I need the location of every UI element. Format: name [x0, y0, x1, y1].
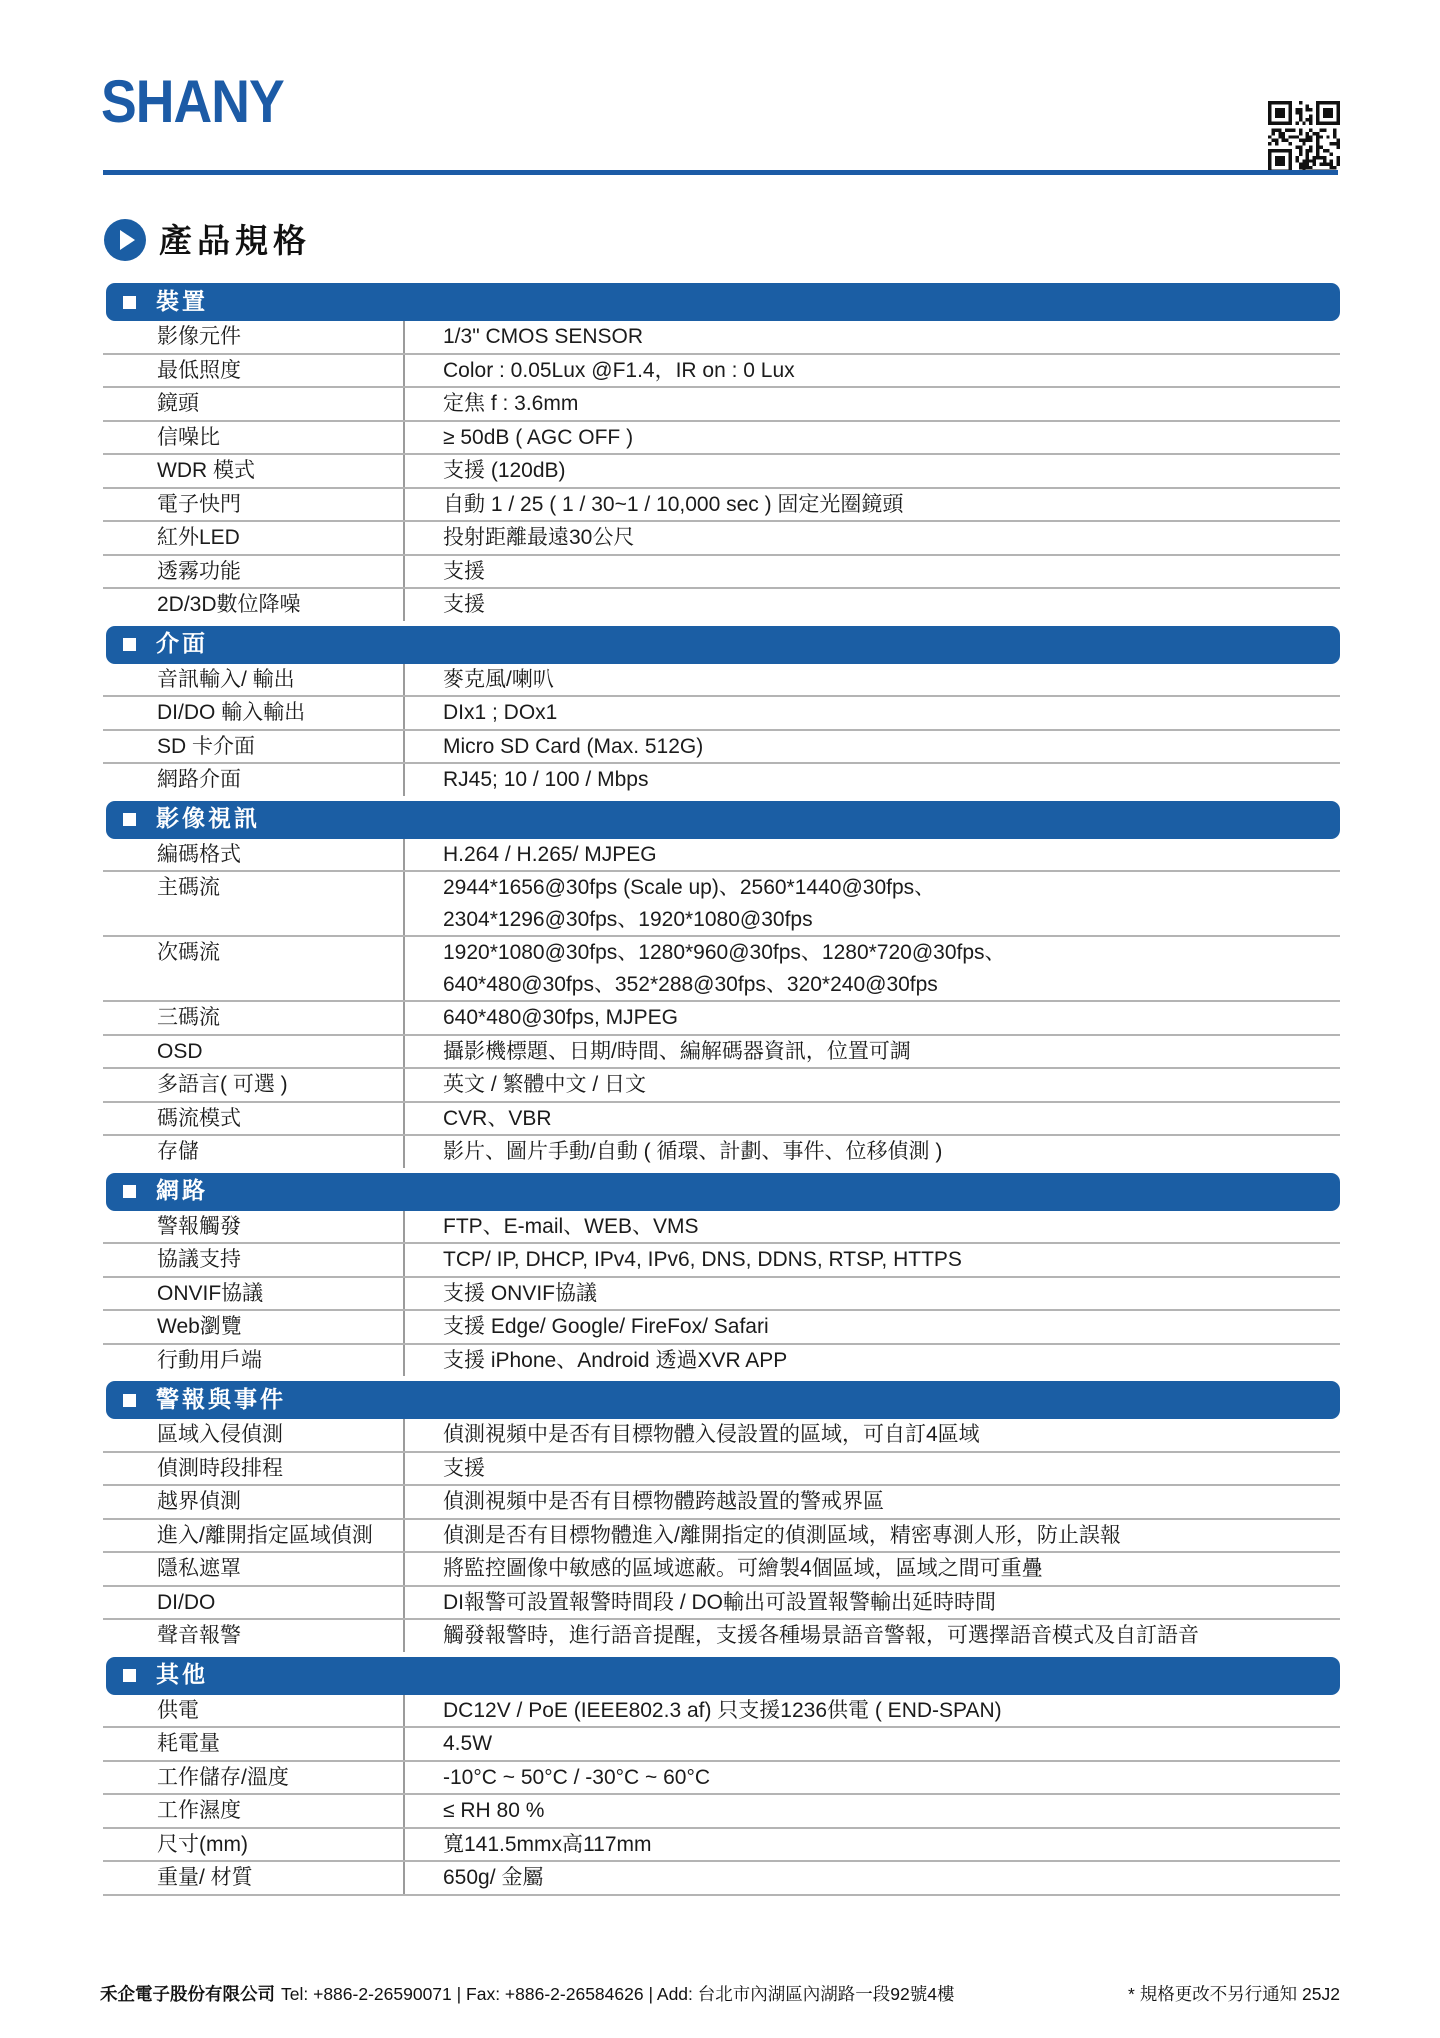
spec-label: 碼流模式: [103, 1103, 403, 1135]
spec-label: 工作濕度: [103, 1795, 403, 1827]
spec-value: 支援: [403, 1453, 1340, 1485]
spec-row: SD 卡介面Micro SD Card (Max. 512G): [103, 731, 1340, 765]
section-bullet-icon: [123, 1185, 136, 1198]
section-bullet-icon: [123, 296, 136, 309]
spec-value: Micro SD Card (Max. 512G): [403, 731, 1340, 763]
spec-row: 紅外LED投射距離最遠30公尺: [103, 522, 1340, 556]
spec-section: 影像視訊編碼格式H.264 / H.265/ MJPEG主碼流2944*1656…: [103, 801, 1340, 1168]
section-header-bar: 警報與事件: [106, 1381, 1340, 1419]
spec-section: 介面音訊輸入/ 輸出麥克風/喇叭DI/DO 輸入輸出DIx1 ; DOx1SD …: [103, 626, 1340, 796]
spec-value: 1/3" CMOS SENSOR: [403, 321, 1340, 353]
spec-value: 偵測視頻中是否有目標物體入侵設置的區域，可自訂4區域: [403, 1419, 1340, 1451]
spec-row: 尺寸(mm)寬141.5mmx高117mm: [103, 1829, 1340, 1863]
spec-value: ≥ 50dB ( AGC OFF ): [403, 422, 1340, 454]
spec-label: 2D/3D數位降噪: [103, 589, 403, 621]
spec-value: CVR、VBR: [403, 1103, 1340, 1135]
section-bullet-icon: [123, 1669, 136, 1682]
spec-value: 支援: [403, 589, 1340, 621]
spec-row: 重量/ 材質650g/ 金屬: [103, 1862, 1340, 1896]
spec-value: 支援: [403, 556, 1340, 588]
spec-label: 進入/離開指定區域偵測: [103, 1520, 403, 1552]
spec-value: 640*480@30fps, MJPEG: [403, 1002, 1340, 1034]
spec-row: DI/DO 輸入輸出DIx1 ; DOx1: [103, 697, 1340, 731]
spec-label: 次碼流: [103, 937, 403, 1000]
spec-value: DIx1 ; DOx1: [403, 697, 1340, 729]
spec-row: 電子快門自動 1 / 25 ( 1 / 30~1 / 10,000 sec ) …: [103, 489, 1340, 523]
spec-row: 網路介面RJ45; 10 / 100 / Mbps: [103, 764, 1340, 796]
spec-row: 區域入侵偵測偵測視頻中是否有目標物體入侵設置的區域，可自訂4區域: [103, 1419, 1340, 1453]
section-title: 警報與事件: [156, 1388, 286, 1413]
section-header-bar: 影像視訊: [106, 801, 1340, 839]
spec-label: ONVIF協議: [103, 1278, 403, 1310]
spec-label: 編碼格式: [103, 839, 403, 871]
spec-row: WDR 模式支援 (120dB): [103, 455, 1340, 489]
section-title: 網路: [156, 1179, 208, 1204]
section-title: 影像視訊: [156, 807, 260, 832]
spec-label: 音訊輸入/ 輸出: [103, 664, 403, 696]
spec-value: H.264 / H.265/ MJPEG: [403, 839, 1340, 871]
spec-value: 650g/ 金屬: [403, 1862, 1340, 1894]
spec-value: 偵測是否有目標物體進入/離開指定的偵測區域，精密專測人形，防止誤報: [403, 1520, 1340, 1552]
spec-label: 存儲: [103, 1136, 403, 1168]
spec-value: 支援 (120dB): [403, 455, 1340, 487]
spec-row: OSD攝影機標題、日期/時間、編解碼器資訊，位置可調: [103, 1036, 1340, 1070]
spec-value: DC12V / PoE (IEEE802.3 af) 只支援1236供電 ( E…: [403, 1695, 1340, 1727]
spec-label: 偵測時段排程: [103, 1453, 403, 1485]
footer-contact: Tel: +886-2-26590071 | Fax: +886-2-26584…: [281, 1981, 954, 2006]
spec-value: 將監控圖像中敏感的區域遮蔽。可繪製4個區域，區域之間可重疊: [403, 1553, 1340, 1585]
spec-value: DI報警可設置報警時間段 / DO輸出可設置報警輸出延時時間: [403, 1587, 1340, 1619]
spec-row: 最低照度Color : 0.05Lux @F1.4，IR on : 0 Lux: [103, 355, 1340, 389]
section-header-bar: 網路: [106, 1173, 1340, 1211]
spec-label: 影像元件: [103, 321, 403, 353]
section-bullet-icon: [123, 638, 136, 651]
spec-row: 行動用戶端支援 iPhone、Android 透過XVR APP: [103, 1345, 1340, 1377]
spec-section: 網路警報觸發FTP、E-mail、WEB、VMS協議支持TCP/ IP, DHC…: [103, 1173, 1340, 1377]
spec-label: 區域入侵偵測: [103, 1419, 403, 1451]
spec-label: 聲音報警: [103, 1620, 403, 1652]
spec-label: DI/DO 輸入輸出: [103, 697, 403, 729]
spec-value: ≤ RH 80 %: [403, 1795, 1340, 1827]
spec-value: -10°C ~ 50°C / -30°C ~ 60°C: [403, 1762, 1340, 1794]
spec-value: 寬141.5mmx高117mm: [403, 1829, 1340, 1861]
spec-label: 信噪比: [103, 422, 403, 454]
spec-label: 鏡頭: [103, 388, 403, 420]
section-bullet-icon: [123, 813, 136, 826]
section-header-bar: 其他: [106, 1657, 1340, 1695]
spec-label: Web瀏覽: [103, 1311, 403, 1343]
spec-row: 次碼流1920*1080@30fps、1280*960@30fps、1280*7…: [103, 937, 1340, 1002]
company-name: 禾企電子股份有限公司: [100, 1981, 275, 2006]
spec-row: DI/DODI報警可設置報警時間段 / DO輸出可設置報警輸出延時時間: [103, 1587, 1340, 1621]
section-bullet-icon: [123, 1394, 136, 1407]
spec-label: 三碼流: [103, 1002, 403, 1034]
section-title: 介面: [156, 632, 208, 657]
spec-row: 鏡頭定焦 f : 3.6mm: [103, 388, 1340, 422]
spec-row: 存儲影片、圖片手動/自動 ( 循環、計劃、事件、位移偵測 ): [103, 1136, 1340, 1168]
spec-row: 進入/離開指定區域偵測偵測是否有目標物體進入/離開指定的偵測區域，精密專測人形，…: [103, 1520, 1340, 1554]
spec-value: 英文 / 繁體中文 / 日文: [403, 1069, 1340, 1101]
spec-label: 供電: [103, 1695, 403, 1727]
spec-label: 工作儲存/溫度: [103, 1762, 403, 1794]
spec-value: 支援 ONVIF協議: [403, 1278, 1340, 1310]
spec-value: Color : 0.05Lux @F1.4，IR on : 0 Lux: [403, 355, 1340, 387]
spec-row: 越界偵測偵測視頻中是否有目標物體跨越設置的警戒界區: [103, 1486, 1340, 1520]
spec-row: 隱私遮罩將監控圖像中敏感的區域遮蔽。可繪製4個區域，區域之間可重疊: [103, 1553, 1340, 1587]
spec-label: 最低照度: [103, 355, 403, 387]
spec-label: 尺寸(mm): [103, 1829, 403, 1861]
spec-label: SD 卡介面: [103, 731, 403, 763]
spec-label: 紅外LED: [103, 522, 403, 554]
spec-label: OSD: [103, 1036, 403, 1068]
spec-label: 越界偵測: [103, 1486, 403, 1518]
spec-row: 協議支持TCP/ IP, DHCP, IPv4, IPv6, DNS, DDNS…: [103, 1244, 1340, 1278]
page-title-row: 產品規格: [104, 217, 311, 263]
spec-row: 碼流模式CVR、VBR: [103, 1103, 1340, 1137]
spec-row: 工作儲存/溫度-10°C ~ 50°C / -30°C ~ 60°C: [103, 1762, 1340, 1796]
spec-row: Web瀏覽支援 Edge/ Google/ FireFox/ Safari: [103, 1311, 1340, 1345]
spec-value: 2944*1656@30fps (Scale up)、2560*1440@30f…: [403, 872, 1340, 935]
spec-row: 主碼流2944*1656@30fps (Scale up)、2560*1440@…: [103, 872, 1340, 937]
spec-row: 音訊輸入/ 輸出麥克風/喇叭: [103, 664, 1340, 698]
spec-sheet-page: SHANY 產品規格 裝置影像元件1/3" CMOS SENSOR最低照度Col…: [0, 0, 1440, 2038]
spec-value: 麥克風/喇叭: [403, 664, 1340, 696]
spec-row: 偵測時段排程支援: [103, 1453, 1340, 1487]
spec-row: 三碼流640*480@30fps, MJPEG: [103, 1002, 1340, 1036]
spec-row: 透霧功能支援: [103, 556, 1340, 590]
spec-section: 警報與事件區域入侵偵測偵測視頻中是否有目標物體入侵設置的區域，可自訂4區域偵測時…: [103, 1381, 1340, 1652]
spec-label: 重量/ 材質: [103, 1862, 403, 1894]
footer-note: * 規格更改不另行通知 25J2: [1128, 1981, 1340, 2006]
spec-row: ONVIF協議支援 ONVIF協議: [103, 1278, 1340, 1312]
header-divider: [103, 170, 1338, 175]
spec-label: 警報觸發: [103, 1211, 403, 1243]
spec-row: 2D/3D數位降噪支援: [103, 589, 1340, 621]
spec-row: 耗電量4.5W: [103, 1728, 1340, 1762]
spec-value: 投射距離最遠30公尺: [403, 522, 1340, 554]
spec-label: 電子快門: [103, 489, 403, 521]
spec-label: 主碼流: [103, 872, 403, 935]
qr-code: [1268, 101, 1340, 173]
section-header-bar: 介面: [106, 626, 1340, 664]
spec-label: 網路介面: [103, 764, 403, 796]
spec-value: 4.5W: [403, 1728, 1340, 1760]
spec-value: TCP/ IP, DHCP, IPv4, IPv6, DNS, DDNS, RT…: [403, 1244, 1340, 1276]
spec-label: 行動用戶端: [103, 1345, 403, 1377]
spec-value: FTP、E-mail、WEB、VMS: [403, 1211, 1340, 1243]
section-header-bar: 裝置: [106, 283, 1340, 321]
spec-row: 供電DC12V / PoE (IEEE802.3 af) 只支援1236供電 (…: [103, 1695, 1340, 1729]
spec-value: 觸發報警時，進行語音提醒，支援各種場景語音警報，可選擇語音模式及自訂語音: [403, 1620, 1340, 1652]
section-title: 其他: [156, 1663, 208, 1688]
spec-label: 耗電量: [103, 1728, 403, 1760]
spec-value: 定焦 f : 3.6mm: [403, 388, 1340, 420]
spec-label: 協議支持: [103, 1244, 403, 1276]
section-title: 裝置: [156, 290, 208, 315]
spec-table: 裝置影像元件1/3" CMOS SENSOR最低照度Color : 0.05Lu…: [103, 283, 1340, 1901]
spec-label: WDR 模式: [103, 455, 403, 487]
footer: 禾企電子股份有限公司 Tel: +886-2-26590071 | Fax: +…: [100, 1981, 1340, 2006]
play-icon: [104, 219, 146, 261]
spec-row: 聲音報警觸發報警時，進行語音提醒，支援各種場景語音警報，可選擇語音模式及自訂語音: [103, 1620, 1340, 1652]
spec-row: 編碼格式H.264 / H.265/ MJPEG: [103, 839, 1340, 873]
spec-label: 隱私遮罩: [103, 1553, 403, 1585]
spec-value: 偵測視頻中是否有目標物體跨越設置的警戒界區: [403, 1486, 1340, 1518]
spec-row: 信噪比≥ 50dB ( AGC OFF ): [103, 422, 1340, 456]
brand-logo: SHANY: [101, 72, 284, 132]
spec-value: 支援 Edge/ Google/ FireFox/ Safari: [403, 1311, 1340, 1343]
spec-row: 警報觸發FTP、E-mail、WEB、VMS: [103, 1211, 1340, 1245]
spec-value: 1920*1080@30fps、1280*960@30fps、1280*720@…: [403, 937, 1340, 1000]
page-title: 產品規格: [159, 224, 311, 257]
spec-section: 其他供電DC12V / PoE (IEEE802.3 af) 只支援1236供電…: [103, 1657, 1340, 1896]
spec-row: 影像元件1/3" CMOS SENSOR: [103, 321, 1340, 355]
spec-label: 多語言( 可選 ): [103, 1069, 403, 1101]
spec-value: 影片、圖片手動/自動 ( 循環、計劃、事件、位移偵測 ): [403, 1136, 1340, 1168]
spec-section: 裝置影像元件1/3" CMOS SENSOR最低照度Color : 0.05Lu…: [103, 283, 1340, 621]
spec-label: DI/DO: [103, 1587, 403, 1619]
spec-value: RJ45; 10 / 100 / Mbps: [403, 764, 1340, 796]
spec-value: 支援 iPhone、Android 透過XVR APP: [403, 1345, 1340, 1377]
spec-row: 工作濕度≤ RH 80 %: [103, 1795, 1340, 1829]
spec-label: 透霧功能: [103, 556, 403, 588]
spec-value: 攝影機標題、日期/時間、編解碼器資訊，位置可調: [403, 1036, 1340, 1068]
spec-row: 多語言( 可選 )英文 / 繁體中文 / 日文: [103, 1069, 1340, 1103]
spec-value: 自動 1 / 25 ( 1 / 30~1 / 10,000 sec ) 固定光圈…: [403, 489, 1340, 521]
